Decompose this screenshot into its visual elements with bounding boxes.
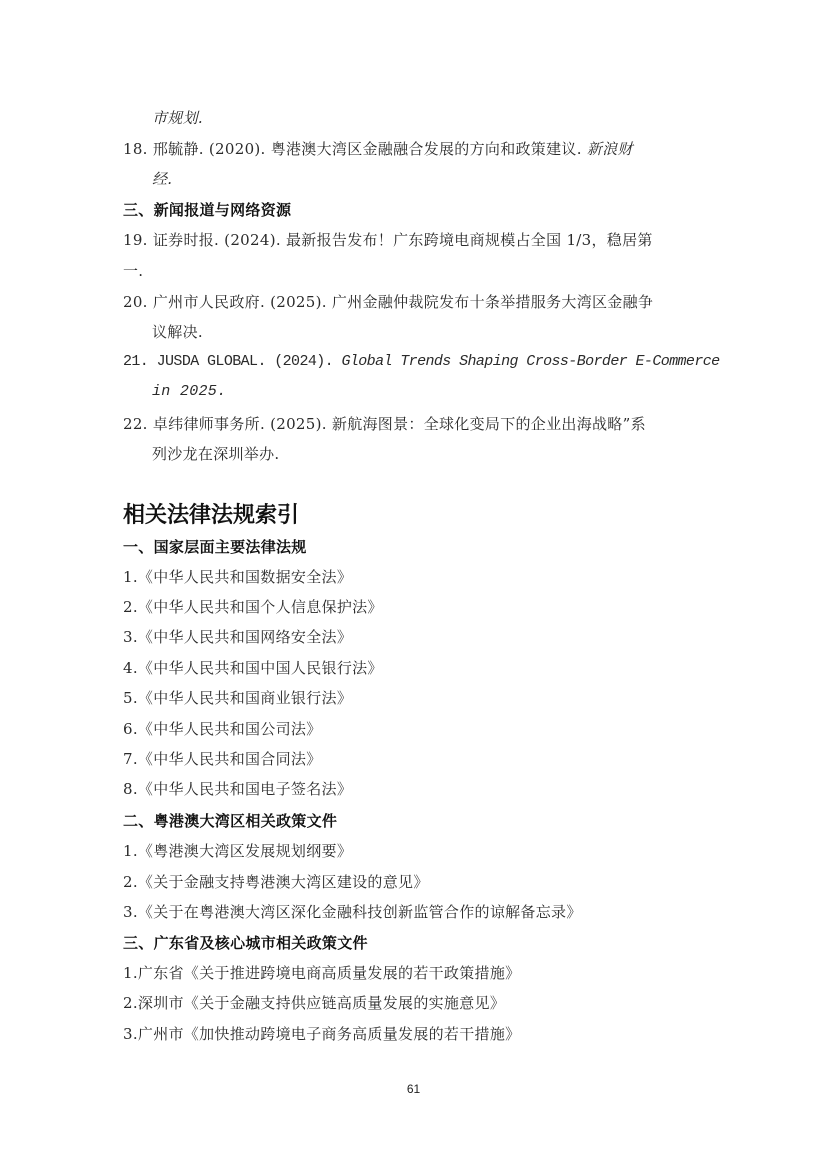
ref-text: 邢毓静. (2020). 粤港澳大湾区金融融合发展的方向和政策建议. [153, 140, 587, 158]
ref-item-20: 20. 广州市人民政府. (2025). 广州金融仲裁院发布十条举措服务大湾区金… [123, 292, 653, 312]
document-page: 市规划. 18. 邢毓静. (2020). 粤港澳大湾区金融融合发展的方向和政策… [0, 0, 827, 1169]
ref-number: 18. [123, 140, 148, 158]
ref-item-21: 21. JUSDA GLOBAL. (2024). Global Trends … [123, 352, 720, 372]
law-index-title: 相关法律法规索引 [123, 501, 299, 531]
law-item: 2.《中华人民共和国个人信息保护法》 [123, 597, 383, 617]
law-item: 4.《中华人民共和国中国人民银行法》 [123, 658, 383, 678]
ref-number: 22. [123, 415, 148, 433]
ref-21-cont: in 2025. [152, 382, 226, 402]
ref-text: 广州市人民政府. (2025). 广州金融仲裁院发布十条举措服务大湾区金融争 [153, 293, 653, 311]
law-item: 3.《中华人民共和国网络安全法》 [123, 627, 352, 647]
ref-19-cont: 一. [123, 261, 143, 281]
ref-title: Global Trends Shaping Cross-Border E-Com… [341, 353, 719, 370]
ref-number: 21. [123, 353, 148, 370]
ref-number: 20. [123, 293, 148, 311]
ref-22-cont: 列沙龙在深圳举办. [152, 444, 279, 464]
law-item: 8.《中华人民共和国电子签名法》 [123, 779, 352, 799]
law-item: 5.《中华人民共和国商业银行法》 [123, 688, 352, 708]
policy-item: 1.《粤港澳大湾区发展规划纲要》 [123, 841, 352, 861]
policy-item: 2.《关于金融支持粤港澳大湾区建设的意见》 [123, 872, 429, 892]
page-number: 61 [0, 1082, 827, 1096]
policy-item: 3.《关于在粤港澳大湾区深化金融科技创新监管合作的谅解备忘录》 [123, 902, 582, 922]
law-item: 7.《中华人民共和国合同法》 [123, 749, 322, 769]
ref-text: 卓纬律师事务所. (2025). 新航海图景：全球化变局下的企业出海战略”系 [153, 415, 646, 433]
ref-18-cont: 经. [152, 169, 172, 189]
ref-20-cont: 议解决. [152, 322, 203, 342]
ref-source: 新浪财 [587, 140, 633, 158]
ref-17-tail: 市规划. [152, 108, 203, 128]
law-item: 6.《中华人民共和国公司法》 [123, 719, 322, 739]
ref-text: 证券时报. (2024). 最新报告发布！广东跨境电商规模占全国 1/3，稳居第 [153, 231, 653, 249]
law-item: 1.《中华人民共和国数据安全法》 [123, 567, 352, 587]
ref-text: JUSDA GLOBAL. (2024). [157, 353, 342, 370]
section-heading-news: 三、新闻报道与网络资源 [123, 200, 291, 220]
ref-item-22: 22. 卓纬律师事务所. (2025). 新航海图景：全球化变局下的企业出海战略… [123, 414, 646, 434]
section-heading-national: 一、国家层面主要法律法规 [123, 537, 307, 557]
policy-item: 1.广东省《关于推进跨境电商高质量发展的若干政策措施》 [123, 963, 520, 983]
section-heading-guangdong: 三、广东省及核心城市相关政策文件 [123, 933, 368, 953]
policy-item: 3.广州市《加快推动跨境电子商务高质量发展的若干措施》 [123, 1024, 520, 1044]
ref-number: 19. [123, 231, 148, 249]
section-heading-gba: 二、粤港澳大湾区相关政策文件 [123, 811, 337, 831]
ref-item-19: 19. 证券时报. (2024). 最新报告发布！广东跨境电商规模占全国 1/3… [123, 230, 653, 250]
ref-item-18: 18. 邢毓静. (2020). 粤港澳大湾区金融融合发展的方向和政策建议. 新… [123, 139, 633, 159]
policy-item: 2.深圳市《关于金融支持供应链高质量发展的实施意见》 [123, 993, 505, 1013]
